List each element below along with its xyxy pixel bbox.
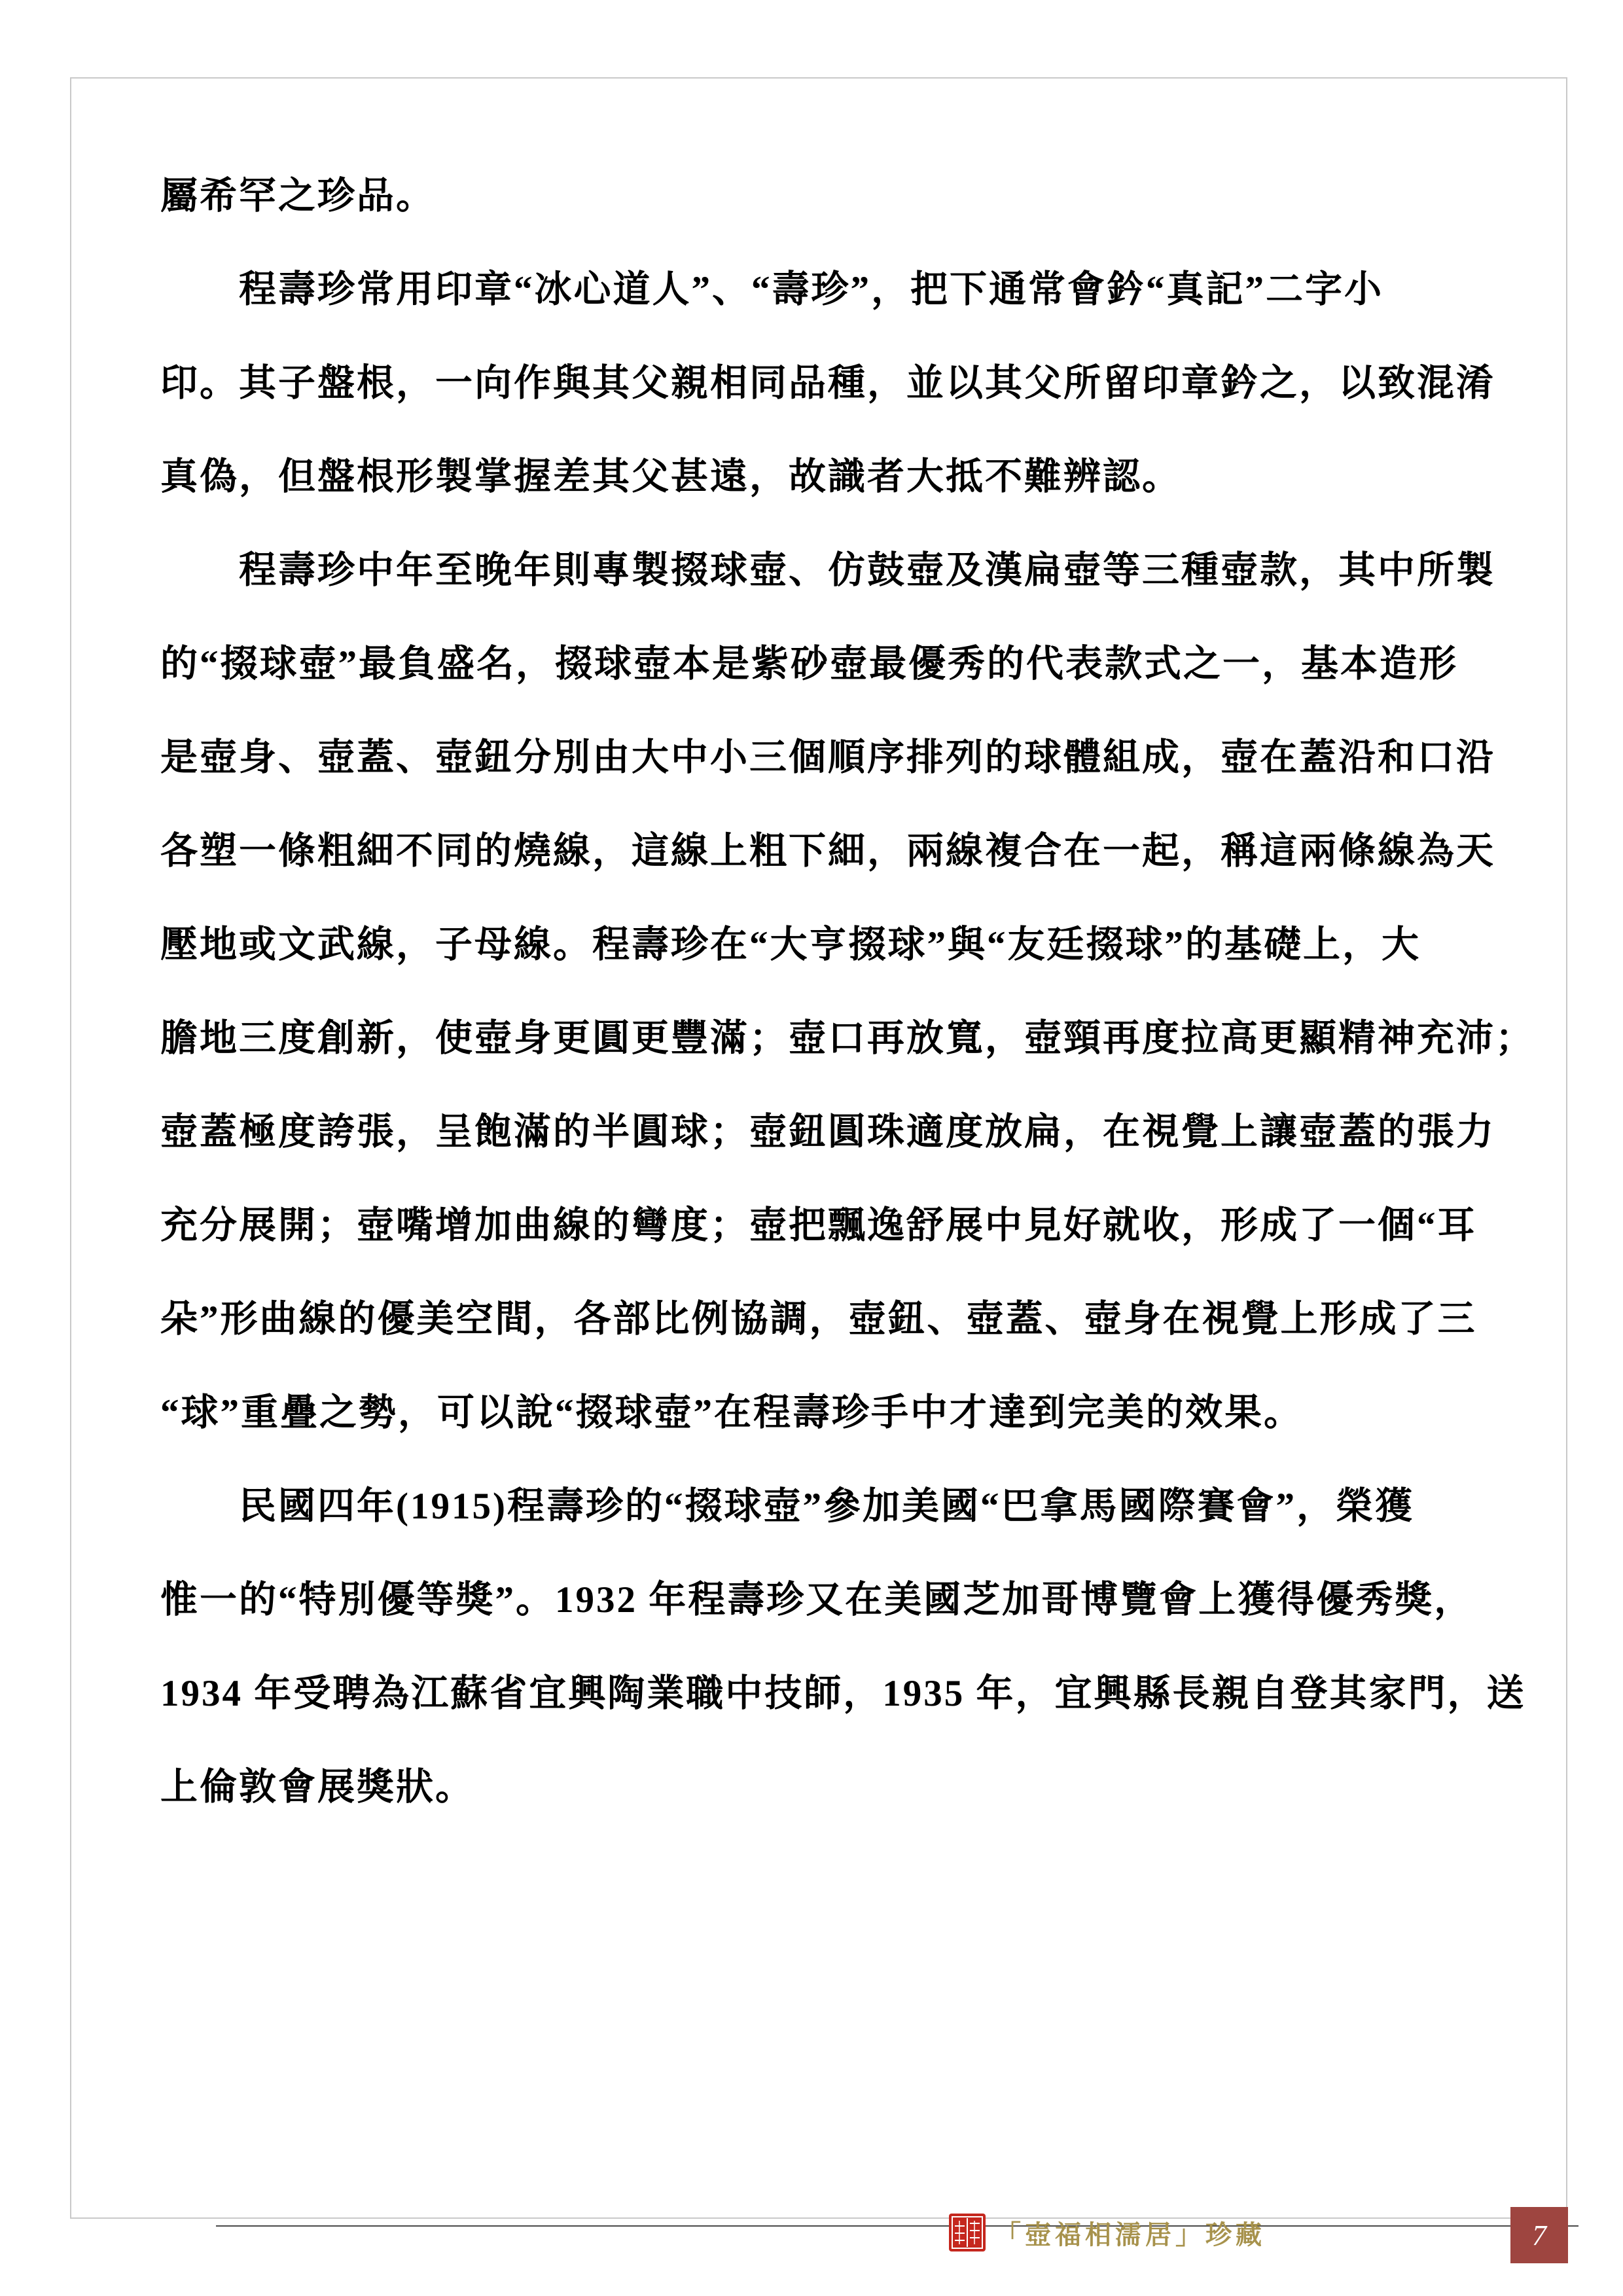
page-number: 7	[1532, 2219, 1546, 2252]
text-line: 程壽珍中年至晚年則專製掇球壺、仿鼓壺及漢扁壺等三種壺款，其中所製	[160, 524, 1476, 617]
text-line: 民國四年(1915)程壽珍的“掇球壺”參加美國“巴拿馬國際賽會”，榮獲	[160, 1460, 1476, 1553]
document-body: 屬希罕之珍品。 程壽珍常用印章“冰心道人”、“壽珍”，把下通常會鈐“真記”二字小…	[160, 149, 1476, 1834]
text-line: 上倫敦會展獎狀。	[160, 1740, 1476, 1834]
text-line: 1934 年受聘為江蘇省宜興陶業職中技師，1935 年，宜興縣長親自登其家門，送	[160, 1647, 1476, 1740]
text-line: 惟一的“特別優等獎”。1932 年程壽珍又在美國芝加哥博覽會上獲得優秀獎，	[160, 1553, 1476, 1647]
text-line: 朵”形曲線的優美空間，各部比例協調，壺鈕、壺蓋、壺身在視覺上形成了三	[160, 1272, 1476, 1366]
page-number-badge: 7	[1510, 2207, 1568, 2263]
seal-stamp-icon	[949, 2214, 986, 2251]
text-line: 屬希罕之珍品。	[160, 149, 1476, 243]
collection-label: 「壺福相濡居」珍藏	[995, 2214, 1266, 2251]
text-line: 的“掇球壺”最負盛名，掇球壺本是紫砂壺最優秀的代表款式之一，基本造形	[160, 617, 1476, 711]
page-footer: 「壺福相濡居」珍藏	[949, 2212, 1266, 2253]
text-line: 真偽，但盤根形製掌握差其父甚遠，故識者大抵不難辨認。	[160, 430, 1476, 524]
text-line: 程壽珍常用印章“冰心道人”、“壽珍”，把下通常會鈐“真記”二字小	[160, 243, 1476, 336]
text-line: “球”重疊之勢，可以說“掇球壺”在程壽珍手中才達到完美的效果。	[160, 1366, 1476, 1460]
text-line: 印。其子盤根，一向作與其父親相同品種，並以其父所留印章鈐之，以致混淆	[160, 336, 1476, 430]
text-line: 膽地三度創新，使壺身更圓更豐滿；壺口再放寬，壺頸再度拉高更顯精神充沛；	[160, 992, 1476, 1085]
text-line: 壺蓋極度誇張，呈飽滿的半圓球；壺鈕圓珠適度放扁，在視覺上讓壺蓋的張力	[160, 1085, 1476, 1179]
text-line: 充分展開；壺嘴增加曲線的彎度；壺把飄逸舒展中見好就收，形成了一個“耳	[160, 1179, 1476, 1272]
footer-rule	[216, 2225, 1578, 2227]
text-line: 是壺身、壺蓋、壺鈕分別由大中小三個順序排列的球體組成，壺在蓋沿和口沿	[160, 711, 1476, 804]
text-line: 各塑一條粗細不同的燒線，這線上粗下細，兩線複合在一起，稱這兩條線為天	[160, 804, 1476, 898]
text-line: 壓地或文武線，子母線。程壽珍在“大亨掇球”與“友廷掇球”的基礎上，大	[160, 898, 1476, 992]
